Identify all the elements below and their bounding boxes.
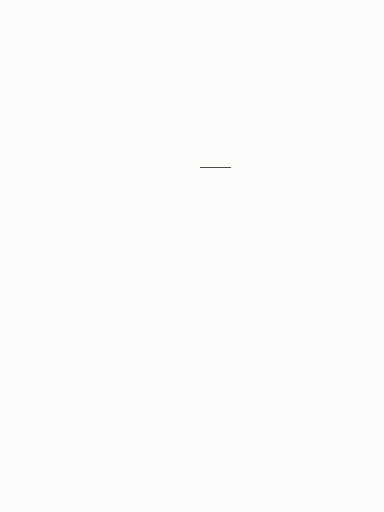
book-page [0, 0, 384, 512]
section-divider [200, 167, 231, 168]
